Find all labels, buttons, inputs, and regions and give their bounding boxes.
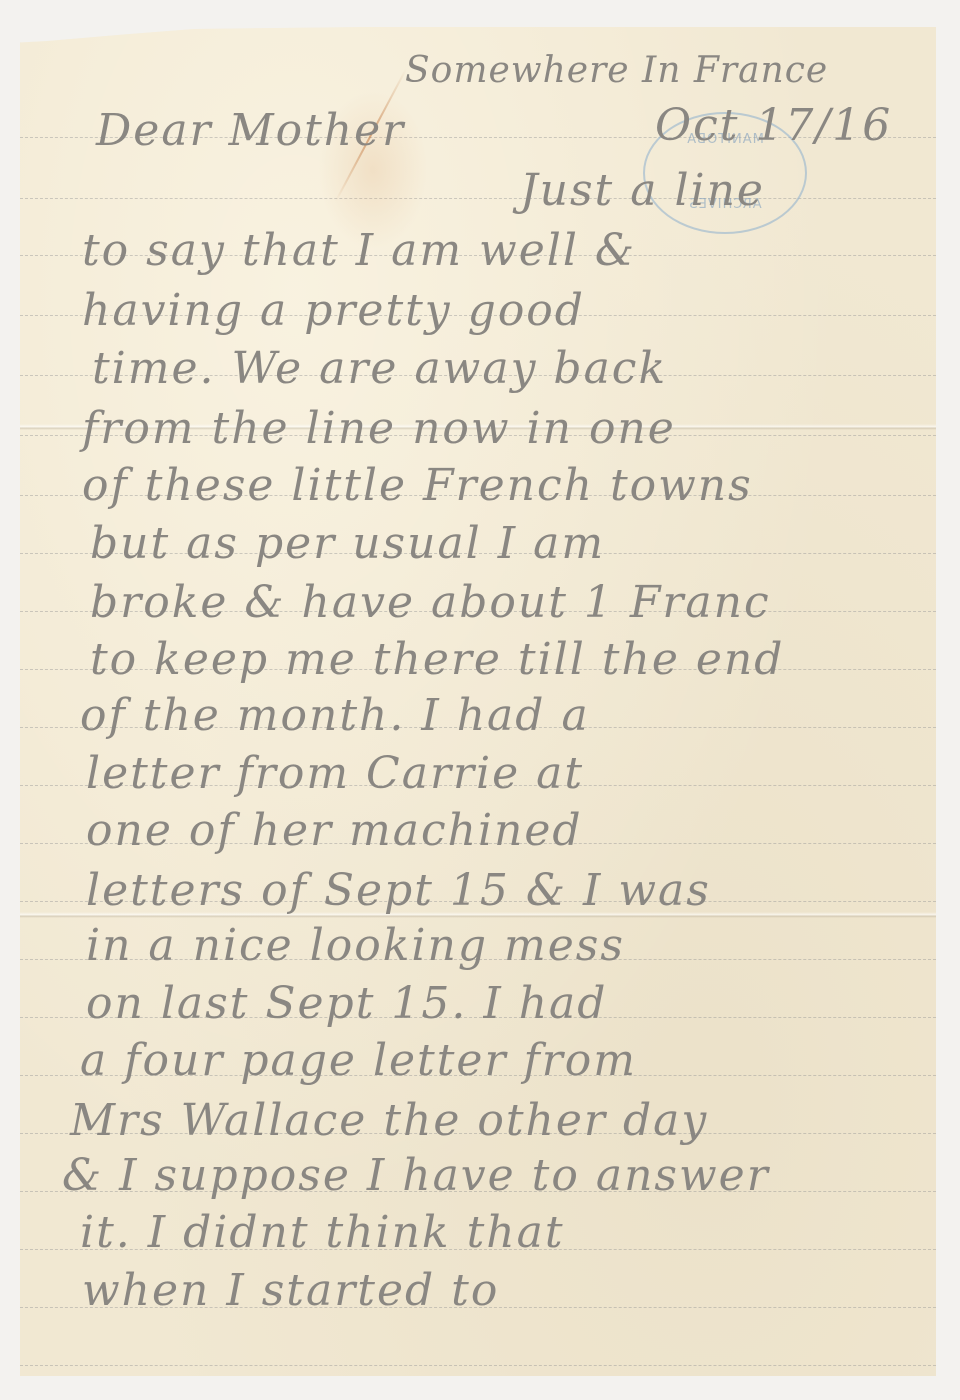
salutation: Dear Mother xyxy=(96,105,405,156)
body-line: letter from Carrie at xyxy=(86,748,584,799)
body-line: having a pretty good xyxy=(82,285,585,336)
body-line: one of her machined xyxy=(86,805,583,856)
body-line: of the month. I had a xyxy=(80,690,590,741)
body-line: from the line now in one xyxy=(82,403,676,454)
body-line: on last Sept 15. I had xyxy=(86,978,607,1029)
ruled-line xyxy=(20,1365,936,1366)
body-line: & I suppose I have to answer xyxy=(62,1150,770,1201)
body-line: letters of Sept 15 & I was xyxy=(86,865,711,916)
body-line: broke & have about 1 Franc xyxy=(90,577,771,628)
body-line: when I started to xyxy=(82,1265,499,1316)
body-line: time. We are away back xyxy=(92,343,667,394)
body-line: of these little French towns xyxy=(82,460,753,511)
body-line: to say that I am well & xyxy=(82,225,636,276)
body-line: to keep me there till the end xyxy=(90,634,784,685)
body-line: but as per usual I am xyxy=(90,518,605,569)
place-line: Somewhere In France xyxy=(405,50,828,91)
body-line: a four page letter from xyxy=(80,1035,637,1086)
body-line: Mrs Wallace the other day xyxy=(70,1095,708,1146)
body-line: it. I didnt think that xyxy=(80,1207,565,1258)
body-line: Just a line xyxy=(520,165,765,216)
body-line: in a nice looking mess xyxy=(86,920,625,971)
date: Oct 17/16 xyxy=(655,100,892,151)
